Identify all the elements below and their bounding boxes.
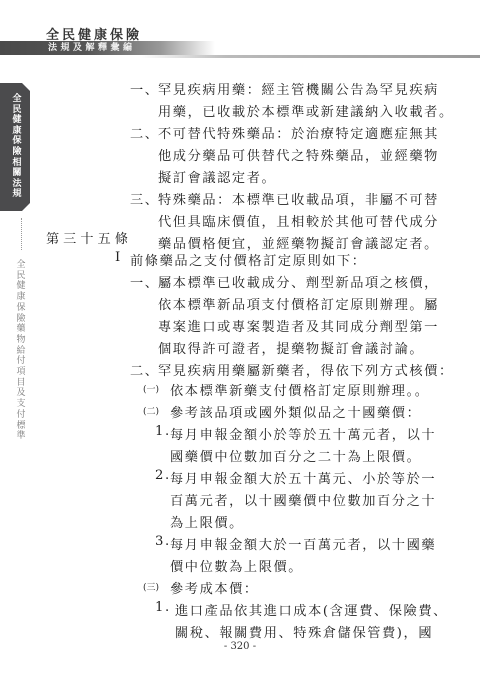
item-number: 3. [155, 534, 171, 549]
text-line: 為上限價。 [170, 512, 244, 531]
text-line: 每月申報金額大於五十萬元、小於等於一 [170, 468, 436, 487]
text-line: 屬本標準已收載成分、劑型新品項之核價， [158, 272, 439, 291]
item-number: (一) [143, 382, 159, 395]
text-line: 不可替代特殊藥品：於治療特定適應症無其 [158, 123, 439, 142]
article-title: 第三十五條 [46, 228, 132, 247]
text-line: 每月申報金額大於一百萬元者，以十國藥 [170, 534, 436, 553]
text-line: 個取得許可證者，提藥物擬訂會議討論。 [158, 338, 424, 357]
text-line: 百萬元者，以十國藥價中位數加百分之十 [170, 490, 436, 509]
item-number: (三) [143, 580, 159, 593]
side-tab-section-label: 全民健康保險相關法規 [11, 94, 23, 200]
text-line: 每月申報金額小於等於五十萬元者，以十 [170, 424, 436, 443]
side-tab-dotted-divider [21, 218, 22, 250]
text-line: 代但具臨床價值，且相較於其他可替代成分 [158, 211, 439, 230]
text-line: 罕見疾病用藥屬新藥者，得依下列方式核價： [158, 360, 454, 379]
item-number: (二) [143, 404, 159, 417]
text-line: 依本標準新品項支付價格訂定原則辦理。屬 [158, 294, 439, 313]
item-number: 三、 [130, 189, 160, 208]
page-number: - 320 - [0, 641, 480, 652]
text-line: 依本標準新藥支付價格訂定原則辦理。。 [170, 380, 430, 399]
item-number: 一、 [130, 79, 160, 98]
text-line: 參考該品項或國外類似品之十國藥價： [170, 402, 421, 421]
header-subtitle: 法規及解釋彙編 [48, 41, 136, 55]
header-rule [140, 55, 480, 58]
paragraph-number: Ⅰ [115, 250, 122, 265]
item-number: 1. [155, 424, 171, 439]
item-number: 二、 [130, 123, 160, 142]
item-number: 二、 [130, 360, 160, 379]
text-line: 特殊藥品：本標準已收載品項，非屬不可替 [158, 189, 439, 208]
text-line: 用藥，已收載於本標準或新建議納入收載者。 [158, 101, 454, 120]
item-number: 2. [155, 468, 171, 483]
side-tab-subsection-label: 全民健康保險藥物給付項目及支付標準 [15, 260, 27, 442]
text-line: 專案進口或專案製造者及其同成分劑型第一 [158, 316, 439, 335]
text-line: 國藥價中位數加百分之二十為上限價。 [170, 446, 421, 465]
text-line: 關稅、報關費用、特殊倉儲保管費)，國 [175, 622, 433, 641]
text-line: 進口產品依其進口成本(含運費、保險費、 [175, 600, 448, 619]
item-number: 1. [155, 600, 171, 615]
paragraph-text: 前條藥品之支付價格訂定原則如下： [130, 250, 367, 269]
text-line: 參考成本價： [170, 578, 259, 597]
text-line: 他成分藥品可供替代之特殊藥品，並經藥物 [158, 145, 439, 164]
text-line: 罕見疾病用藥：經主管機關公告為罕見疾病 [158, 79, 439, 98]
text-line: 擬訂會議認定者。 [158, 167, 276, 186]
text-line: 價中位數為上限價。 [170, 556, 303, 575]
item-number: 一、 [130, 272, 160, 291]
